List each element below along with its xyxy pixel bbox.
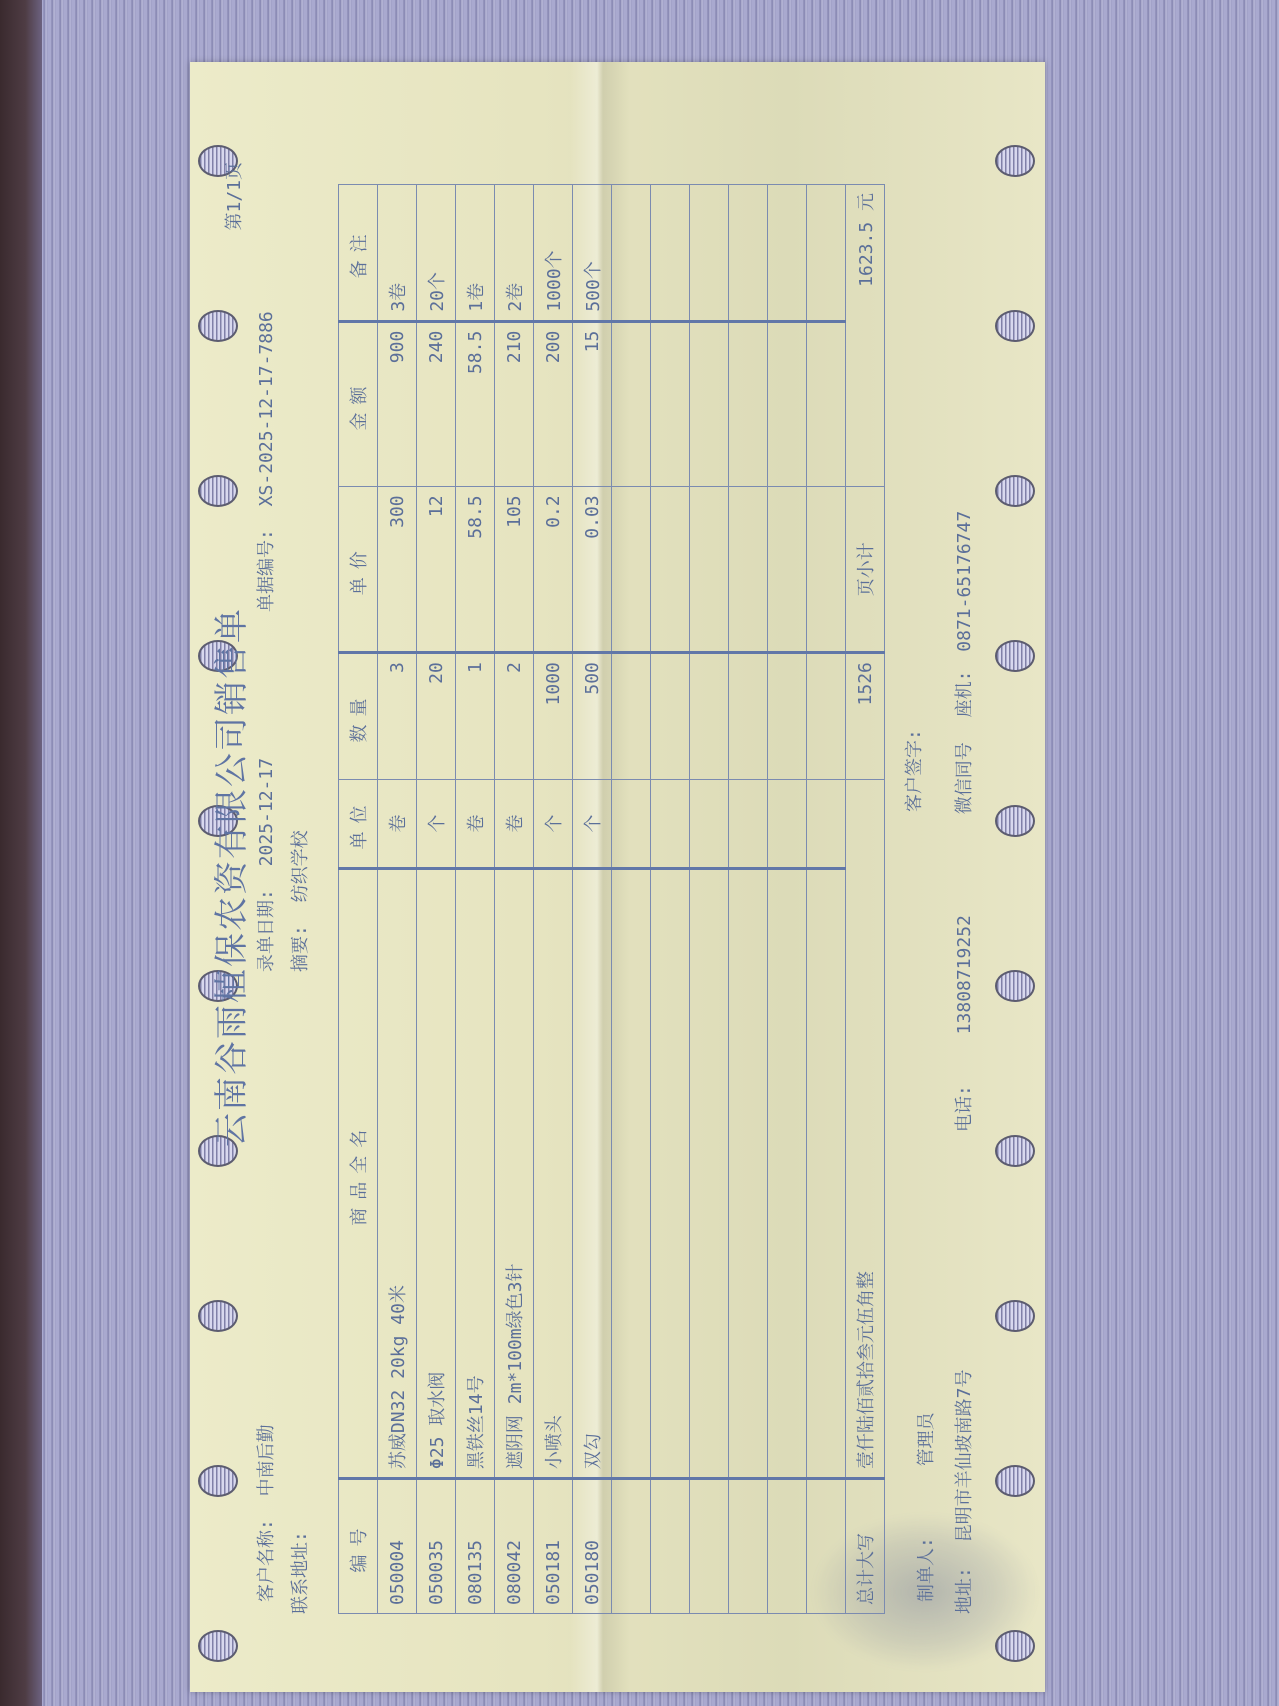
entry-date-value: 2025-12-17 [256, 758, 277, 866]
cell-amount: 15 [573, 321, 612, 487]
hole-icon [995, 640, 1035, 672]
header-name: 商品全名 [339, 869, 378, 1479]
cell-amount: 200 [534, 321, 573, 487]
hole-icon [995, 1630, 1035, 1662]
bill-number: 单据编号: XS-2025-12-17-7886 [252, 311, 278, 612]
cell-price: 300 [378, 487, 417, 653]
entry-date-label: 录单日期: [256, 889, 277, 972]
table-row: 050004 苏威DN32 20kg 40米 卷 3 300 900 3卷 [378, 185, 417, 1614]
bill-number-value: XS-2025-12-17-7886 [256, 311, 277, 506]
cell-qty: 2 [495, 653, 534, 780]
hole-icon [995, 970, 1035, 1002]
phone-value: 13808719252 [954, 915, 975, 1034]
total-caps-value: 壹仟陆佰贰拾叁元伍角整 [846, 779, 885, 1478]
cell-unit: 个 [534, 779, 573, 869]
total-qty: 1526 [846, 653, 885, 780]
page-subtotal-label: 页小计 [846, 487, 885, 653]
cell-amount: 210 [495, 321, 534, 487]
cell-name: 遮阴网 2m*100m绿色3针 [495, 869, 534, 1479]
maker: 制单人: 管理员 [912, 1412, 938, 1602]
cell-code: 050035 [417, 1479, 456, 1614]
empty-row [651, 185, 690, 1614]
cell-code: 050180 [573, 1479, 612, 1614]
bill-number-label: 单据编号: [256, 529, 277, 612]
summary-label: 摘要: [290, 925, 311, 972]
hole-icon [995, 805, 1035, 837]
phone-label: 电话: [954, 1085, 975, 1132]
customer-signature: 客户签字: [900, 729, 926, 812]
cell-price: 105 [495, 487, 534, 653]
table-row: 050035 Φ25 取水阀 个 20 12 240 20个 [417, 185, 456, 1614]
header-remark: 备注 [339, 185, 378, 322]
cell-qty: 1 [456, 653, 495, 780]
table-row: 080042 遮阴网 2m*100m绿色3针 卷 2 105 210 2卷 [495, 185, 534, 1614]
cell-name: 小喷头 [534, 869, 573, 1479]
cell-amount: 58.5 [456, 321, 495, 487]
customer-name: 客户名称: 中南后勤 [252, 1424, 278, 1602]
customer-name-value: 中南后勤 [256, 1424, 277, 1496]
header-unit: 单位 [339, 779, 378, 869]
hole-icon [995, 475, 1035, 507]
table-row: 050181 小喷头 个 1000 0.2 200 1000个 [534, 185, 573, 1614]
cell-qty: 1000 [534, 653, 573, 780]
total-row: 总计大写 壹仟陆佰贰拾叁元伍角整 1526 页小计 1623.5 元 [846, 185, 885, 1614]
hole-icon [995, 1300, 1035, 1332]
cell-name: Φ25 取水阀 [417, 869, 456, 1479]
header-price: 单价 [339, 487, 378, 653]
cell-qty: 500 [573, 653, 612, 780]
cell-remark: 1卷 [456, 185, 495, 322]
cell-price: 0.03 [573, 487, 612, 653]
cell-qty: 3 [378, 653, 417, 780]
company-address: 地址: 昆明市羊仙坡南路7号 [950, 1369, 976, 1614]
company-address-value: 昆明市羊仙坡南路7号 [954, 1369, 975, 1542]
cell-remark: 2卷 [495, 185, 534, 322]
table-header-row: 编号 商品全名 单位 数量 单价 金额 备注 [339, 185, 378, 1614]
maker-value: 管理员 [916, 1412, 937, 1466]
header-amount: 金额 [339, 321, 378, 487]
cell-unit: 卷 [495, 779, 534, 869]
maker-label: 制单人: [916, 1537, 937, 1602]
empty-row [768, 185, 807, 1614]
total-caps-label: 总计大写 [846, 1479, 885, 1614]
cell-qty: 20 [417, 653, 456, 780]
summary-value: 纺织学校 [290, 830, 311, 902]
cell-name: 苏威DN32 20kg 40米 [378, 869, 417, 1479]
receipt-title: 云南谷雨植保农资有限公司销售单 [204, 62, 253, 1692]
items-table: 编号 商品全名 单位 数量 单价 金额 备注 050004 苏威DN32 20k… [338, 184, 885, 1614]
company-address-label: 地址: [954, 1567, 975, 1614]
cell-name: 双勾 [573, 869, 612, 1479]
header-code: 编号 [339, 1479, 378, 1614]
landline-label: 座机: [954, 671, 975, 718]
cell-amount: 240 [417, 321, 456, 487]
cell-unit: 卷 [456, 779, 495, 869]
cell-name: 黑铁丝14号 [456, 869, 495, 1479]
cell-unit: 个 [573, 779, 612, 869]
cell-unit: 个 [417, 779, 456, 869]
summary: 摘要: 纺织学校 [286, 830, 312, 972]
tractor-holes-bottom [995, 62, 1035, 1692]
empty-row [612, 185, 651, 1614]
cell-code: 080135 [456, 1479, 495, 1614]
contact-address-label: 联系地址: [290, 1531, 311, 1614]
hole-icon [995, 310, 1035, 342]
phone: 电话: 13808719252 微信同号 座机: 0871-65176747 [950, 511, 976, 1132]
cell-amount: 900 [378, 321, 417, 487]
cell-price: 0.2 [534, 487, 573, 653]
header-qty: 数量 [339, 653, 378, 780]
customer-name-label: 客户名称: [256, 1519, 277, 1602]
cell-code: 050181 [534, 1479, 573, 1614]
cell-remark: 500个 [573, 185, 612, 322]
page-number: 第1/1页 [220, 162, 246, 231]
customer-signature-label: 客户签字: [904, 729, 925, 812]
cell-code: 080042 [495, 1479, 534, 1614]
cell-remark: 1000个 [534, 185, 573, 322]
table-row: 080135 黑铁丝14号 卷 1 58.5 58.5 1卷 [456, 185, 495, 1614]
cell-price: 58.5 [456, 487, 495, 653]
cell-remark: 20个 [417, 185, 456, 322]
cell-code: 050004 [378, 1479, 417, 1614]
cell-remark: 3卷 [378, 185, 417, 322]
contact-address: 联系地址: [286, 1519, 312, 1614]
entry-date: 录单日期: 2025-12-17 [252, 758, 278, 972]
sales-receipt: 云南谷雨植保农资有限公司销售单 第1/1页 客户名称: 中南后勤 联系地址: 录… [190, 62, 1045, 1692]
cell-unit: 卷 [378, 779, 417, 869]
hole-icon [995, 145, 1035, 177]
total-amount: 1623.5 元 [846, 185, 885, 487]
empty-row [690, 185, 729, 1614]
empty-row [729, 185, 768, 1614]
wechat-note: 微信同号 [954, 742, 975, 814]
hole-icon [995, 1465, 1035, 1497]
table-row: 050180 双勾 个 500 0.03 15 500个 [573, 185, 612, 1614]
hole-icon [995, 1135, 1035, 1167]
receipt-photo: 云南谷雨植保农资有限公司销售单 第1/1页 客户名称: 中南后勤 联系地址: 录… [190, 62, 1045, 1692]
empty-row [807, 185, 846, 1614]
dark-edge [0, 0, 42, 1706]
cell-price: 12 [417, 487, 456, 653]
landline-value: 0871-65176747 [954, 511, 975, 652]
